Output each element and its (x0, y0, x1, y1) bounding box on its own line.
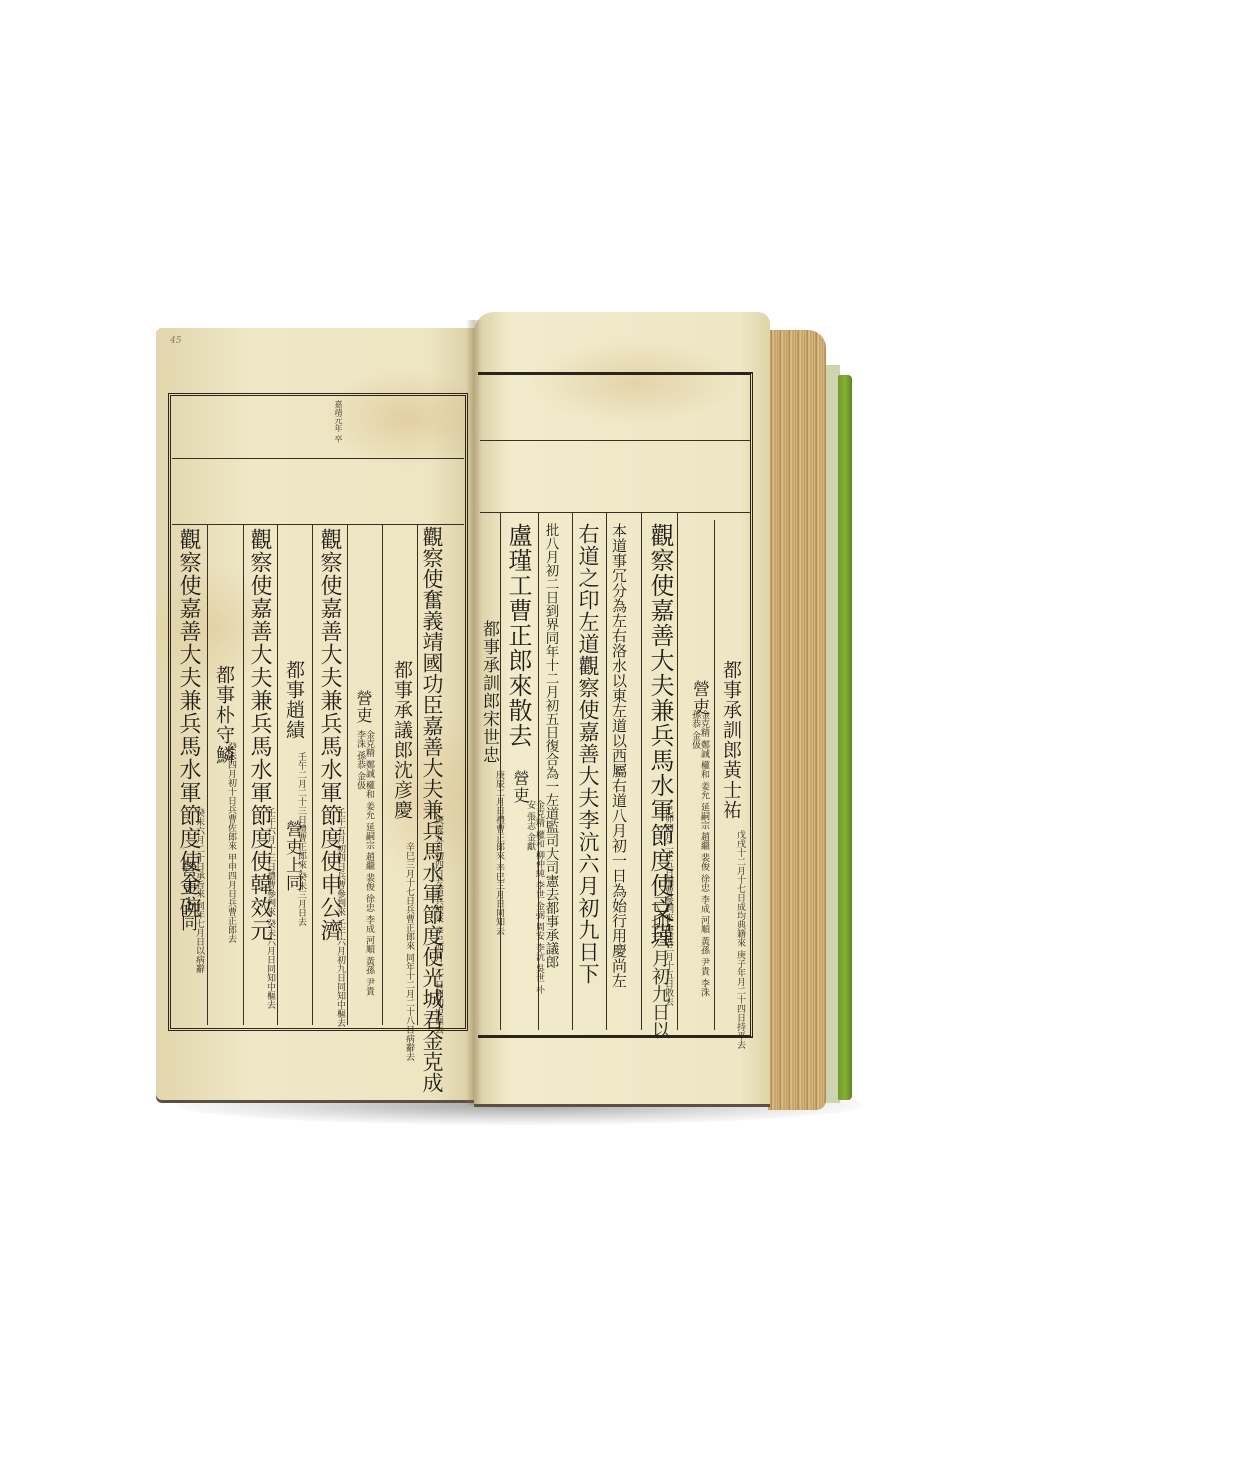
column-rule (207, 525, 208, 1025)
column-rule (243, 525, 244, 1025)
green-back-cover (838, 375, 852, 1100)
entry-official: 盧瑾工曹正郎來散去 (506, 523, 530, 748)
entry-note: 壬午五月初四日兵曹參判來 壬午六月初九日同知中樞去 (335, 808, 344, 1027)
entry-clerks: 營吏上同 (178, 860, 195, 932)
entry-note: 辛巳三月十七日兵曹正郎來 同年十二月二十八日病辭去 (404, 842, 413, 1061)
column-rule (277, 525, 278, 1025)
entry-official: 都事承議郎沈彦慶 (392, 660, 411, 820)
page-fore-edge (768, 330, 826, 1110)
left-header-rule (172, 458, 464, 459)
entry-record: 右道之印左道觀察使嘉善大夫李沆六月初九日下 (577, 523, 598, 985)
entry-official: 都事趙績 (284, 660, 303, 740)
column-rule (641, 512, 642, 1030)
entry-record: 批八月初二日到界同年十二月初五日復合為一左道監司大司憲去都事承議郎 (543, 523, 557, 969)
entry-official: 都事承訓郎黃士祐 (721, 660, 740, 820)
column-rule (677, 512, 678, 1030)
column-rule (572, 512, 573, 1030)
column-rule (312, 525, 313, 1025)
entry-note: 壬午六月十三日禮曹參判來 癸未六月日同知中樞去 (265, 808, 274, 1009)
column-rule (417, 525, 418, 1025)
column-rule (347, 525, 348, 1025)
entry-record: 本道事冗分為左右洛水以東左道以西屬右道八月初一日為始行用慶尚左 (611, 523, 626, 988)
entry-note: 金克精 鄭誠 權和 姜允 延嗣宗 趙繼 裴俊 徐忠 李成 河順 黃孫 尹貴 李洙… (686, 710, 708, 1000)
header-note: 嘉靖元年 卒 (334, 400, 342, 443)
entry-note: 戊戌十二月十七日成均典籍來 庚子年月二十四日持平去 (735, 830, 744, 1049)
entry-note: 金克精 鄭誠 權和 姜允 延嗣宗 趙繼 裴俊 徐忠 李成 河順 黃孫 尹貴 李洙… (353, 730, 373, 1000)
page-number: 45 (170, 336, 181, 346)
entry-note: 癸未四月初十日兵曹佐郎來 甲申四月日兵曹正郎去 (226, 742, 235, 943)
right-header-rule (480, 440, 750, 441)
column-rule (382, 525, 383, 1025)
entry-note: 庚辰五月初四日左道兵使來 辛巳四月二十日同知中樞去 (433, 815, 442, 1034)
left-column-top-rule (172, 524, 464, 525)
entry-note-date: 己卯六月初九日以 (650, 895, 668, 1039)
entry-note: 庚辰二月日禮曹正郎來 辛巳三月日同知去 (494, 770, 503, 935)
right-column-top-rule (480, 512, 750, 513)
entry-note: 金克精 權和 柳仲純 李世 金弼 周安 李沆 吳世 朴安 張志 金獻 (525, 800, 543, 1000)
entry-clerks: 營吏上同 (283, 820, 300, 892)
book-photo: 45 嘉靖元年 卒 觀察使奮義靖國功臣嘉善大夫兼兵馬水軍節度使光城君金克成 庚辰… (0, 0, 1236, 1467)
entry-clerks: 營吏 (355, 690, 371, 724)
column-rule (714, 520, 715, 1030)
column-rule (606, 512, 607, 1030)
entry-official: 都事承訓郎宋世忠 (480, 620, 497, 764)
entry-clerks: 營吏 (512, 770, 528, 804)
